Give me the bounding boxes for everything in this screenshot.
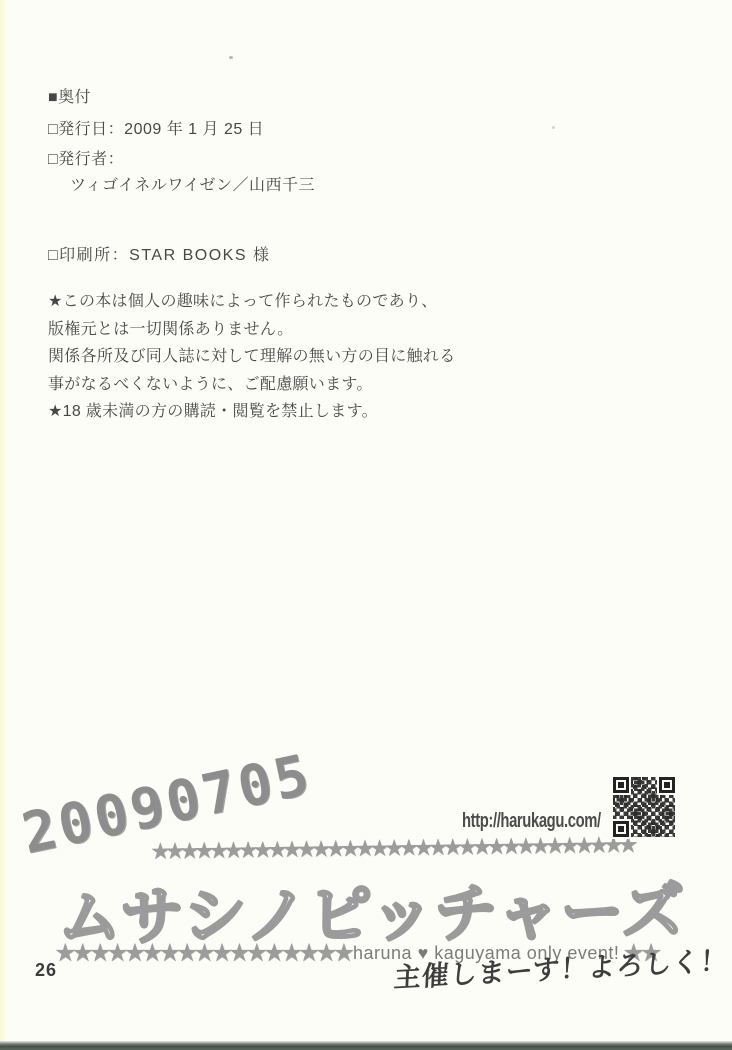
page-number: 26 [35, 960, 57, 981]
scan-speck [552, 126, 555, 129]
disclaimer-line: ★この本は個人の趣味によって作られたものであり、 [48, 288, 508, 316]
scanned-page: ■奥付 □発行日：2009 年 1 月 25 日 □発行者： ツィゴイネルワイゼ… [0, 0, 732, 1050]
disclaimer-line: 事がなるべくないように、ご配慮願います。 [48, 371, 508, 399]
scan-left-edge-tint [0, 0, 7, 1050]
qr-finder-icon [613, 821, 629, 837]
qr-finder-icon [659, 777, 675, 793]
disclaimer-line: ★18 歳未満の方の購読・閲覧を禁止します。 [48, 398, 508, 426]
publish-date-line: □発行日：2009 年 1 月 25 日 [48, 120, 508, 140]
disclaimer-line: 版権元とは一切関係ありません。 [48, 316, 508, 344]
publisher-label-line: □発行者： [48, 150, 508, 170]
qr-code [613, 777, 675, 837]
colophon-block: ■奥付 □発行日：2009 年 1 月 25 日 □発行者： ツィゴイネルワイゼ… [48, 88, 508, 426]
star-row-bottom-left: ★★★★★★★★★★★★★★★★★ [54, 939, 350, 967]
scan-speck [229, 56, 233, 59]
printer-line: □印刷所：STAR BOOKS 様 [48, 246, 508, 266]
event-url: http://harukagu.com/ [462, 810, 601, 833]
disclaimer-paragraph: ★この本は個人の趣味によって作られたものであり、 版権元とは一切関係ありません。… [48, 288, 508, 426]
publisher-name-line: ツィゴイネルワイゼン／山西千三 [48, 176, 508, 196]
disclaimer-line: 関係各所及び同人誌に対して理解の無い方の目に触れる [48, 343, 508, 371]
scan-bottom-edge [0, 1041, 732, 1050]
qr-finder-icon [613, 777, 629, 793]
colophon-title: ■奥付 [48, 88, 508, 108]
